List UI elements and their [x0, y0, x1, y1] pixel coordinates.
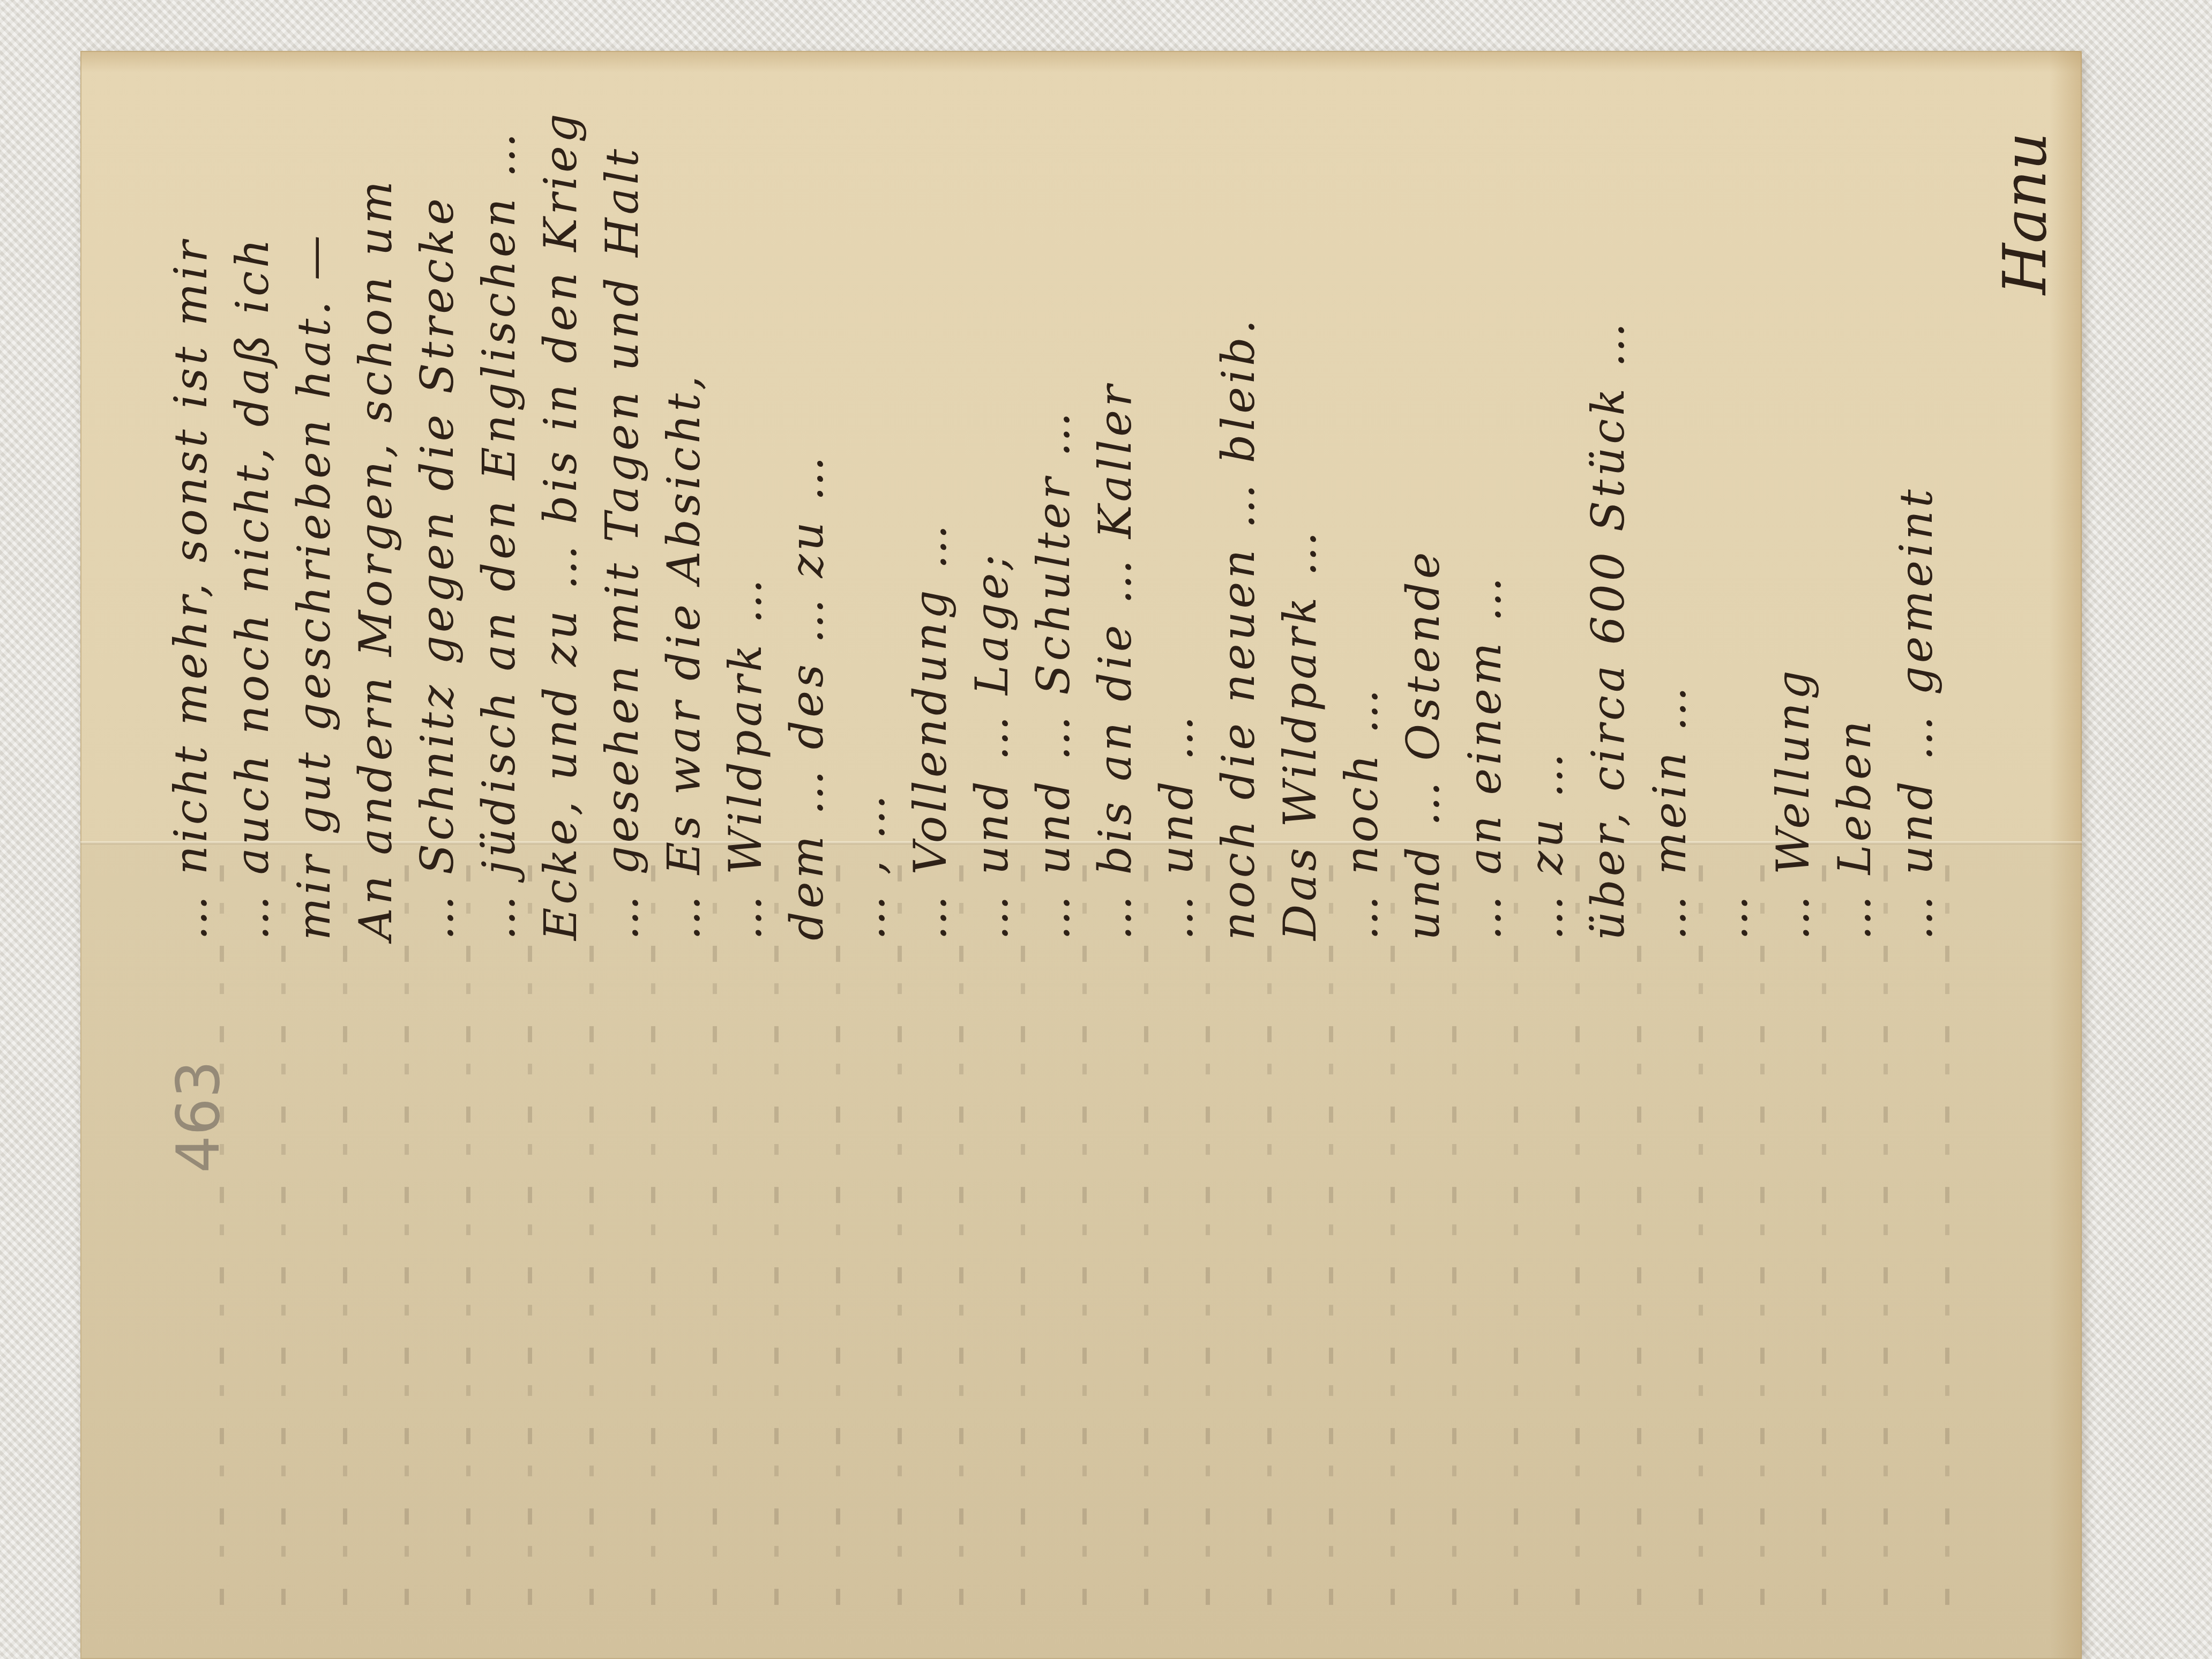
handwriting-line: … und … Schulter …	[1027, 409, 1080, 940]
handwriting-line: Ecke, und zu … bis in den Krieg	[534, 111, 587, 940]
handwriting-line: … Schnitz gegen die Strecke	[411, 195, 464, 940]
bleed-through-text	[171, 865, 1993, 1642]
handwriting-line: … nicht mehr, sonst ist mir	[165, 237, 217, 940]
pencil-page-number: 463	[164, 1060, 233, 1173]
handwriting-line: mir gut geschrieben hat. —	[288, 232, 340, 940]
handwriting-line: An andern Morgen, schon um	[349, 178, 402, 940]
handwriting-line: … jüdisch an den Englischen …	[473, 130, 525, 940]
handwriting-line: … auch noch nicht, daß ich	[226, 236, 279, 940]
aged-top-edge	[80, 51, 2082, 72]
letter-page: … nicht mehr, sonst ist mir … auch noch …	[80, 51, 2082, 1659]
handwriting-line: … gesehen mit Tagen und Halt	[596, 146, 648, 940]
handwriting-line: über, circa 600 Stück …	[1582, 319, 1634, 940]
handwritten-text: … nicht mehr, sonst ist mir … auch noch …	[171, 94, 1993, 940]
handwriting-line: noch die neuen … bleib.	[1212, 317, 1265, 940]
signature: Hanu	[1991, 132, 2059, 295]
handwriting-line: … Es war die Absicht,	[657, 372, 710, 940]
handwriting-line: … bis an die … Kaller	[1089, 382, 1141, 940]
